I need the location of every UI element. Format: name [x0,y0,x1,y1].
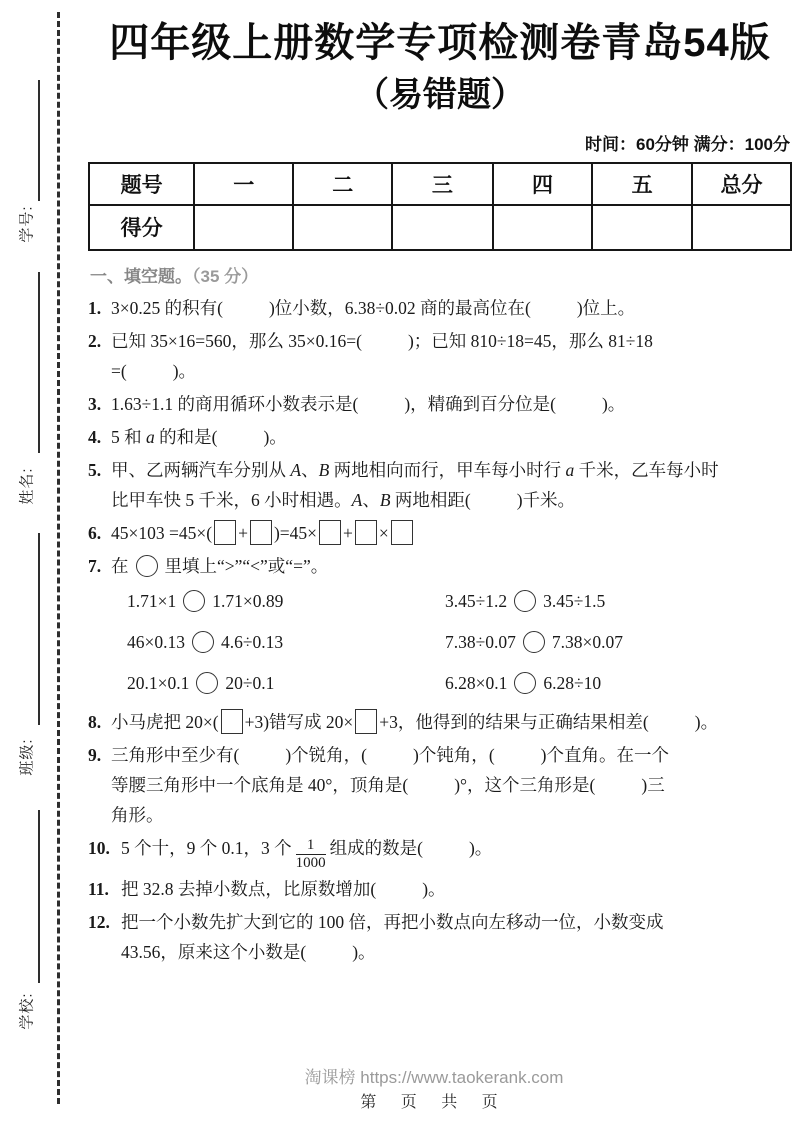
question-number: 5. [88,455,101,485]
question-line: =()。 [111,356,792,386]
answer-blank[interactable]: () [489,745,547,765]
compare-circle[interactable] [136,555,158,577]
answer-box[interactable] [214,520,236,545]
variable-letter: A [290,460,301,480]
question-line: 甲、乙两辆汽车分别从 A、B 两地相向而行，甲车每小时行 a 千米，乙车每小时 [111,455,792,485]
compare-expression: 20.1×0.120÷0.1 [127,668,445,698]
question-number: 2. [88,326,101,356]
question-item: 1.3×0.25 的积有()位小数，6.38÷0.02 商的最高位在()位上。 [88,293,792,323]
compare-circle[interactable] [196,672,218,694]
score-cell[interactable] [194,205,293,250]
question-item: 2.已知 35×16=560，那么 35×0.16=()；已知 810÷18=4… [88,326,792,386]
question-item: 5.甲、乙两辆汽车分别从 A、B 两地相向而行，甲车每小时行 a 千米，乙车每小… [88,455,792,515]
answer-blank[interactable]: () [361,745,419,765]
answer-box[interactable] [391,520,413,545]
question-line: 5 个十，9 个 0.1，3 个11000组成的数是()。 [121,833,792,872]
question-item: 4.5 和 a 的和是()。 [88,422,792,452]
compare-expression: 1.71×11.71×0.89 [127,586,445,616]
question-line: 3×0.25 的积有()位小数，6.38÷0.02 商的最高位在()位上。 [111,293,792,323]
name-label: 姓名: [16,467,37,504]
variable-letter: A [352,490,363,510]
page-title: 四年级上册数学专项检测卷青岛54版 [88,16,792,70]
school-write-line[interactable] [38,810,40,983]
answer-box[interactable] [221,709,243,734]
score-cell[interactable] [592,205,692,250]
answer-blank[interactable]: () [590,775,648,795]
score-cell[interactable] [293,205,392,250]
question-item: 7.在里填上“>”“<”或“=”。1.71×11.71×0.893.45÷1.2… [88,551,792,704]
question-item: 10.5 个十，9 个 0.1，3 个11000组成的数是()。 [88,833,792,872]
question-number: 1. [88,293,101,323]
question-line: 小马虎把 20×(+3)错写成 20×+3，他得到的结果与正确结果相差()。 [111,707,792,737]
question-number: 9. [88,740,101,770]
section-points: （35 分） [192,267,258,286]
question-line: 三角形中至少有()个锐角，()个钝角，()个直角。在一个 [111,740,792,770]
page-subtitle: （易错题） [88,74,792,117]
question-item: 12.把一个小数先扩大到它的 100 倍，再把小数点向左移动一位，小数变成43.… [88,907,792,967]
question-line: 把 32.8 去掉小数点，比原数增加()。 [121,874,792,904]
main-content: 四年级上册数学专项检测卷青岛54版 （易错题） 时间：60分钟 满分：100分 … [88,16,792,970]
answer-blank[interactable]: () [465,490,523,510]
student-id-write-line[interactable] [38,80,40,201]
name-write-line[interactable] [38,272,40,453]
score-header-cell: 五 [592,163,692,205]
score-cell[interactable] [392,205,492,250]
answer-blank[interactable]: () [121,361,179,381]
score-row-label: 得分 [89,205,194,250]
score-cell[interactable] [692,205,791,250]
variable-letter: a [566,460,575,480]
score-header-cell: 一 [194,163,293,205]
question-number: 10. [88,833,110,863]
question-number: 6. [88,518,101,548]
question-line: 已知 35×16=560，那么 35×0.16=()；已知 810÷18=45，… [111,326,792,356]
score-header-cell: 总分 [692,163,791,205]
answer-blank[interactable]: () [234,745,292,765]
question-number: 7. [88,551,101,581]
section-header: 一、填空题。（35 分） [90,262,792,287]
answer-blank[interactable]: () [352,394,410,414]
compare-circle[interactable] [192,631,214,653]
question-item: 3.1.63÷1.1 的商用循环小数表示是()，精确到百分位是()。 [88,389,792,419]
question-line: 把一个小数先扩大到它的 100 倍，再把小数点向左移动一位，小数变成 [121,907,792,937]
answer-blank[interactable]: () [217,298,275,318]
compare-circle[interactable] [514,590,536,612]
question-line: 45×103 =45×(+)=45×+× [111,518,792,548]
answer-box[interactable] [250,520,272,545]
score-header-cell: 四 [493,163,593,205]
answer-blank[interactable]: () [525,298,583,318]
question-number: 8. [88,707,101,737]
question-number: 3. [88,389,101,419]
answer-blank[interactable]: () [417,838,475,858]
question-line: 43.56，原来这个小数是()。 [121,937,792,967]
time-score-info: 时间：60分钟 满分：100分 [88,130,790,155]
compare-expression: 7.38÷0.077.38×0.07 [445,627,623,657]
footer-site-link[interactable]: 淘课榜 https://www.taokerank.com [85,1063,783,1088]
student-id-label: 学号: [16,205,37,242]
section-title: 一、填空题。 [90,267,192,286]
score-header-cell: 二 [293,163,392,205]
variable-letter: a [146,427,155,447]
score-header-cell: 题号 [89,163,194,205]
compare-circle[interactable] [183,590,205,612]
compare-row: 46×0.134.6÷0.137.38÷0.077.38×0.07 [111,622,792,663]
question-line: 5 和 a 的和是()。 [111,422,792,452]
compare-expression: 3.45÷1.23.45÷1.5 [445,586,605,616]
footer-page-number: 第 页 共 页 [85,1089,783,1112]
score-cell[interactable] [493,205,593,250]
question-line: 等腰三角形中一个底角是 40°，顶角是()°，这个三角形是()三 [111,770,792,800]
exam-paper-page: 学号: 姓名: 班级: 学校: 四年级上册数学专项检测卷青岛54版 （易错题） … [0,0,793,1122]
answer-box[interactable] [355,520,377,545]
question-item: 6.45×103 =45×(+)=45×+× [88,518,792,548]
answer-blank[interactable]: () [356,331,414,351]
compare-expression: 46×0.134.6÷0.13 [127,627,445,657]
answer-blank[interactable]: () [643,712,701,732]
score-table: 题号 一 二 三 四 五 总分 得分 [88,162,792,251]
question-number: 4. [88,422,101,452]
answer-blank[interactable]: () [300,942,358,962]
score-header-cell: 三 [392,163,492,205]
question-line: 角形。 [111,800,792,830]
answer-box[interactable] [319,520,341,545]
compare-expression: 6.28×0.16.28÷10 [445,668,601,698]
answer-blank[interactable]: () [370,879,428,899]
variable-letter: B [380,490,391,510]
question-line: 在里填上“>”“<”或“=”。 [111,551,792,581]
question-item: 9.三角形中至少有()个锐角，()个钝角，()个直角。在一个等腰三角形中一个底角… [88,740,792,830]
school-label: 学校: [16,992,37,1029]
score-table-header-row: 题号 一 二 三 四 五 总分 [89,163,791,205]
score-table-value-row: 得分 [89,205,791,250]
answer-box[interactable] [355,709,377,734]
question-line: 1.63÷1.1 的商用循环小数表示是()，精确到百分位是()。 [111,389,792,419]
questions: 1.3×0.25 的积有()位小数，6.38÷0.02 商的最高位在()位上。2… [88,293,792,968]
class-write-line[interactable] [38,533,40,725]
fold-dashed-line [57,12,60,1104]
fraction: 11000 [296,837,326,871]
question-item: 11.把 32.8 去掉小数点，比原数增加()。 [88,874,792,904]
answer-blank[interactable]: () [550,394,608,414]
variable-letter: B [319,460,330,480]
compare-circle[interactable] [514,672,536,694]
question-line: 比甲车快 5 千米，6 小时相遇。A、B 两地相距()千米。 [111,485,792,515]
compare-circle[interactable] [523,631,545,653]
question-item: 8.小马虎把 20×(+3)错写成 20×+3，他得到的结果与正确结果相差()。 [88,707,792,737]
compare-row: 20.1×0.120÷0.16.28×0.16.28÷10 [111,663,792,704]
question-number: 11. [88,874,109,904]
question-number: 12. [88,907,110,937]
class-label: 班级: [16,738,37,775]
answer-blank[interactable]: () [212,427,270,447]
answer-blank[interactable]: () [402,775,460,795]
compare-row: 1.71×11.71×0.893.45÷1.23.45÷1.5 [111,581,792,622]
